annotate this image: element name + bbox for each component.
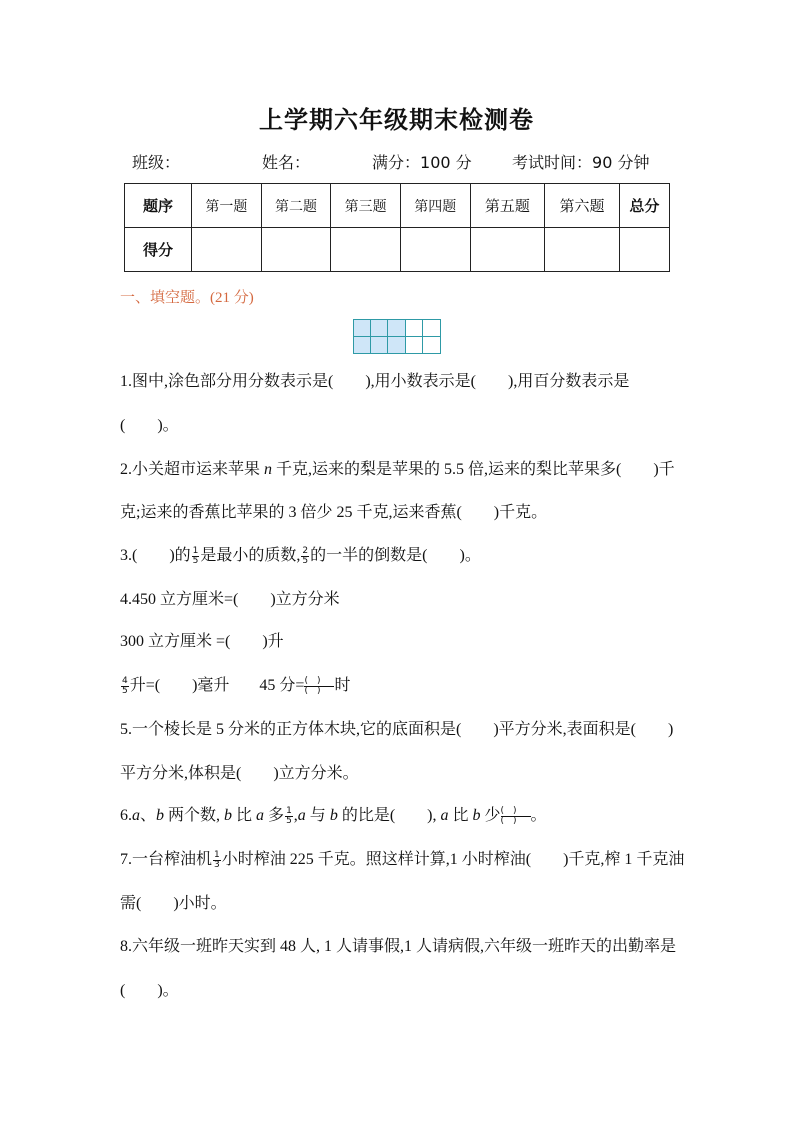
variable-b: b (330, 807, 338, 824)
score-table-header-row: 题序 第一题 第二题 第三题 第四题 第五题 第六题 总分 (125, 184, 670, 228)
name-label: 姓名： (262, 150, 310, 173)
question-7-line-1: 7.一台榨油机13小时榨油 225 千克。照这样计算,1 小时榨油( )千克,榨… (120, 850, 684, 870)
score-cell[interactable] (619, 228, 669, 272)
blank-fraction[interactable]: ( )( ) (501, 807, 531, 826)
header-cell: 第一题 (192, 184, 262, 228)
q2-text-a: 2.小关超市运来苹果 (120, 461, 264, 478)
question-5-line-2: 平方分米,体积是( )立方分米。 (120, 764, 359, 784)
header-cell: 题序 (125, 184, 192, 228)
grid-cell-shaded (388, 320, 405, 337)
q4-text-a: 升=( )毫升 (130, 677, 230, 694)
full-score: 满分：100 分 (372, 150, 472, 173)
q6-text: 比 (232, 807, 256, 824)
q6-text: 两个数, (164, 807, 224, 824)
score-cell[interactable] (192, 228, 262, 272)
question-4-line-1: 4.450 立方厘米=( )立方分米 (120, 590, 340, 610)
score-cell[interactable] (331, 228, 401, 272)
header-cell: 第三题 (331, 184, 401, 228)
fraction-1-5: 15 (192, 547, 200, 566)
q4-text-b: 45 分= (259, 677, 304, 694)
question-8-line-1: 8.六年级一班昨天实到 48 人, 1 人请事假,1 人请病假,六年级一班昨天的… (120, 937, 676, 957)
question-4-line-3: 45升=( )毫升45 分=( )( )时 (120, 676, 350, 696)
frac-denominator: 5 (192, 557, 200, 566)
exam-time-label: 考试时间： (512, 153, 592, 172)
fraction-4-5: 45 (121, 677, 129, 696)
q6-text: 6. (120, 807, 132, 824)
score-table-score-row: 得分 (125, 228, 670, 272)
frac-denominator: 5 (301, 557, 309, 566)
full-score-label: 满分： (372, 153, 420, 172)
fraction-grid-figure (353, 319, 441, 354)
fraction-1-3: 13 (213, 851, 221, 870)
header-cell: 总分 (619, 184, 669, 228)
q7-text: 7.一台榨油机 (120, 851, 212, 868)
question-1-line-2: ( )。 (120, 416, 179, 436)
q6-text: 与 (306, 807, 330, 824)
q6-text: 多 (264, 807, 284, 824)
header-cell: 第二题 (261, 184, 331, 228)
question-6: 6.a、b 两个数, b 比 a 多15,a 与 b 的比是( ), a 比 b… (120, 806, 547, 826)
q6-text: 少 (481, 807, 501, 824)
grid-cell (406, 320, 423, 337)
q7-text: 小时榨油 225 千克。照这样计算,1 小时榨油( )千克,榨 1 千克油 (222, 851, 685, 868)
variable-b: b (156, 807, 164, 824)
question-1-line-1: 1.图中,涂色部分用分数表示是( ),用小数表示是( ),用百分数表示是 (120, 372, 629, 392)
question-7-line-2: 需( )小时。 (120, 894, 227, 914)
q3-text-b: 是最小的质数, (200, 547, 300, 564)
grid-cell (423, 320, 440, 337)
grid-cell-shaded (354, 337, 371, 354)
header-cell: 第六题 (545, 184, 620, 228)
page-title: 上学期六年级期末检测卷 (0, 100, 793, 135)
grid-cell-shaded (354, 320, 371, 337)
score-table: 题序 第一题 第二题 第三题 第四题 第五题 第六题 总分 得分 (124, 183, 670, 272)
question-8-line-2: ( )。 (120, 981, 179, 1001)
blank-denominator: ( ) (501, 817, 531, 826)
full-score-unit: 分 (456, 153, 472, 172)
frac-denominator: 5 (285, 817, 293, 826)
class-label: 班级： (132, 150, 180, 173)
frac-denominator: 3 (213, 861, 221, 870)
question-5-line-1: 5.一个棱长是 5 分米的正方体木块,它的底面积是( )平方分米,表面积是( ) (120, 720, 673, 740)
variable-a: a (132, 807, 140, 824)
grid-cell (423, 337, 440, 354)
q3-text-a: 3.( )的 (120, 547, 191, 564)
q4-text-c: 时 (334, 677, 350, 694)
frac-denominator: 5 (121, 687, 129, 696)
section-heading: 一、填空题。(21 分) (120, 286, 254, 307)
grid-cell-shaded (371, 320, 388, 337)
question-4-line-2: 300 立方厘米 =( )升 (120, 632, 284, 652)
fraction-2-5: 25 (301, 547, 309, 566)
question-2-line-2: 克;运来的香蕉比苹果的 3 倍少 25 千克,运来香蕉( )千克。 (120, 503, 547, 523)
q6-text: 、 (140, 807, 156, 824)
q2-text-b: 千克,运来的梨是苹果的 5.5 倍,运来的梨比苹果多( )千 (272, 461, 675, 478)
header-cell: 第四题 (400, 184, 470, 228)
question-3: 3.( )的15是最小的质数,25的一半的倒数是( )。 (120, 546, 481, 566)
grid-cell (406, 337, 423, 354)
question-2-line-1: 2.小关超市运来苹果 n 千克,运来的梨是苹果的 5.5 倍,运来的梨比苹果多(… (120, 460, 675, 480)
exam-time-value: 90 (592, 153, 612, 172)
score-cell[interactable] (400, 228, 470, 272)
fraction-1-5: 15 (285, 807, 293, 826)
variable-a: a (298, 807, 306, 824)
full-score-value: 100 (420, 153, 451, 172)
score-cell[interactable] (545, 228, 620, 272)
variable-a: a (256, 807, 264, 824)
q3-text-c: 的一半的倒数是( )。 (310, 547, 481, 564)
exam-time: 考试时间：90 分钟 (512, 150, 649, 173)
variable-b: b (224, 807, 232, 824)
score-cell[interactable] (261, 228, 331, 272)
blank-fraction[interactable]: ( )( ) (304, 677, 334, 696)
q6-text: 。 (531, 807, 547, 824)
q6-text: 比 (448, 807, 472, 824)
q6-text: 的比是( ), (338, 807, 441, 824)
grid-cell-shaded (371, 337, 388, 354)
exam-time-unit: 分钟 (617, 153, 649, 172)
header-cell: 第五题 (470, 184, 545, 228)
row-label: 得分 (125, 228, 192, 272)
blank-denominator: ( ) (304, 687, 334, 696)
variable-n: n (264, 461, 272, 478)
score-cell[interactable] (470, 228, 545, 272)
grid-cell-shaded (388, 337, 405, 354)
variable-b: b (473, 807, 481, 824)
